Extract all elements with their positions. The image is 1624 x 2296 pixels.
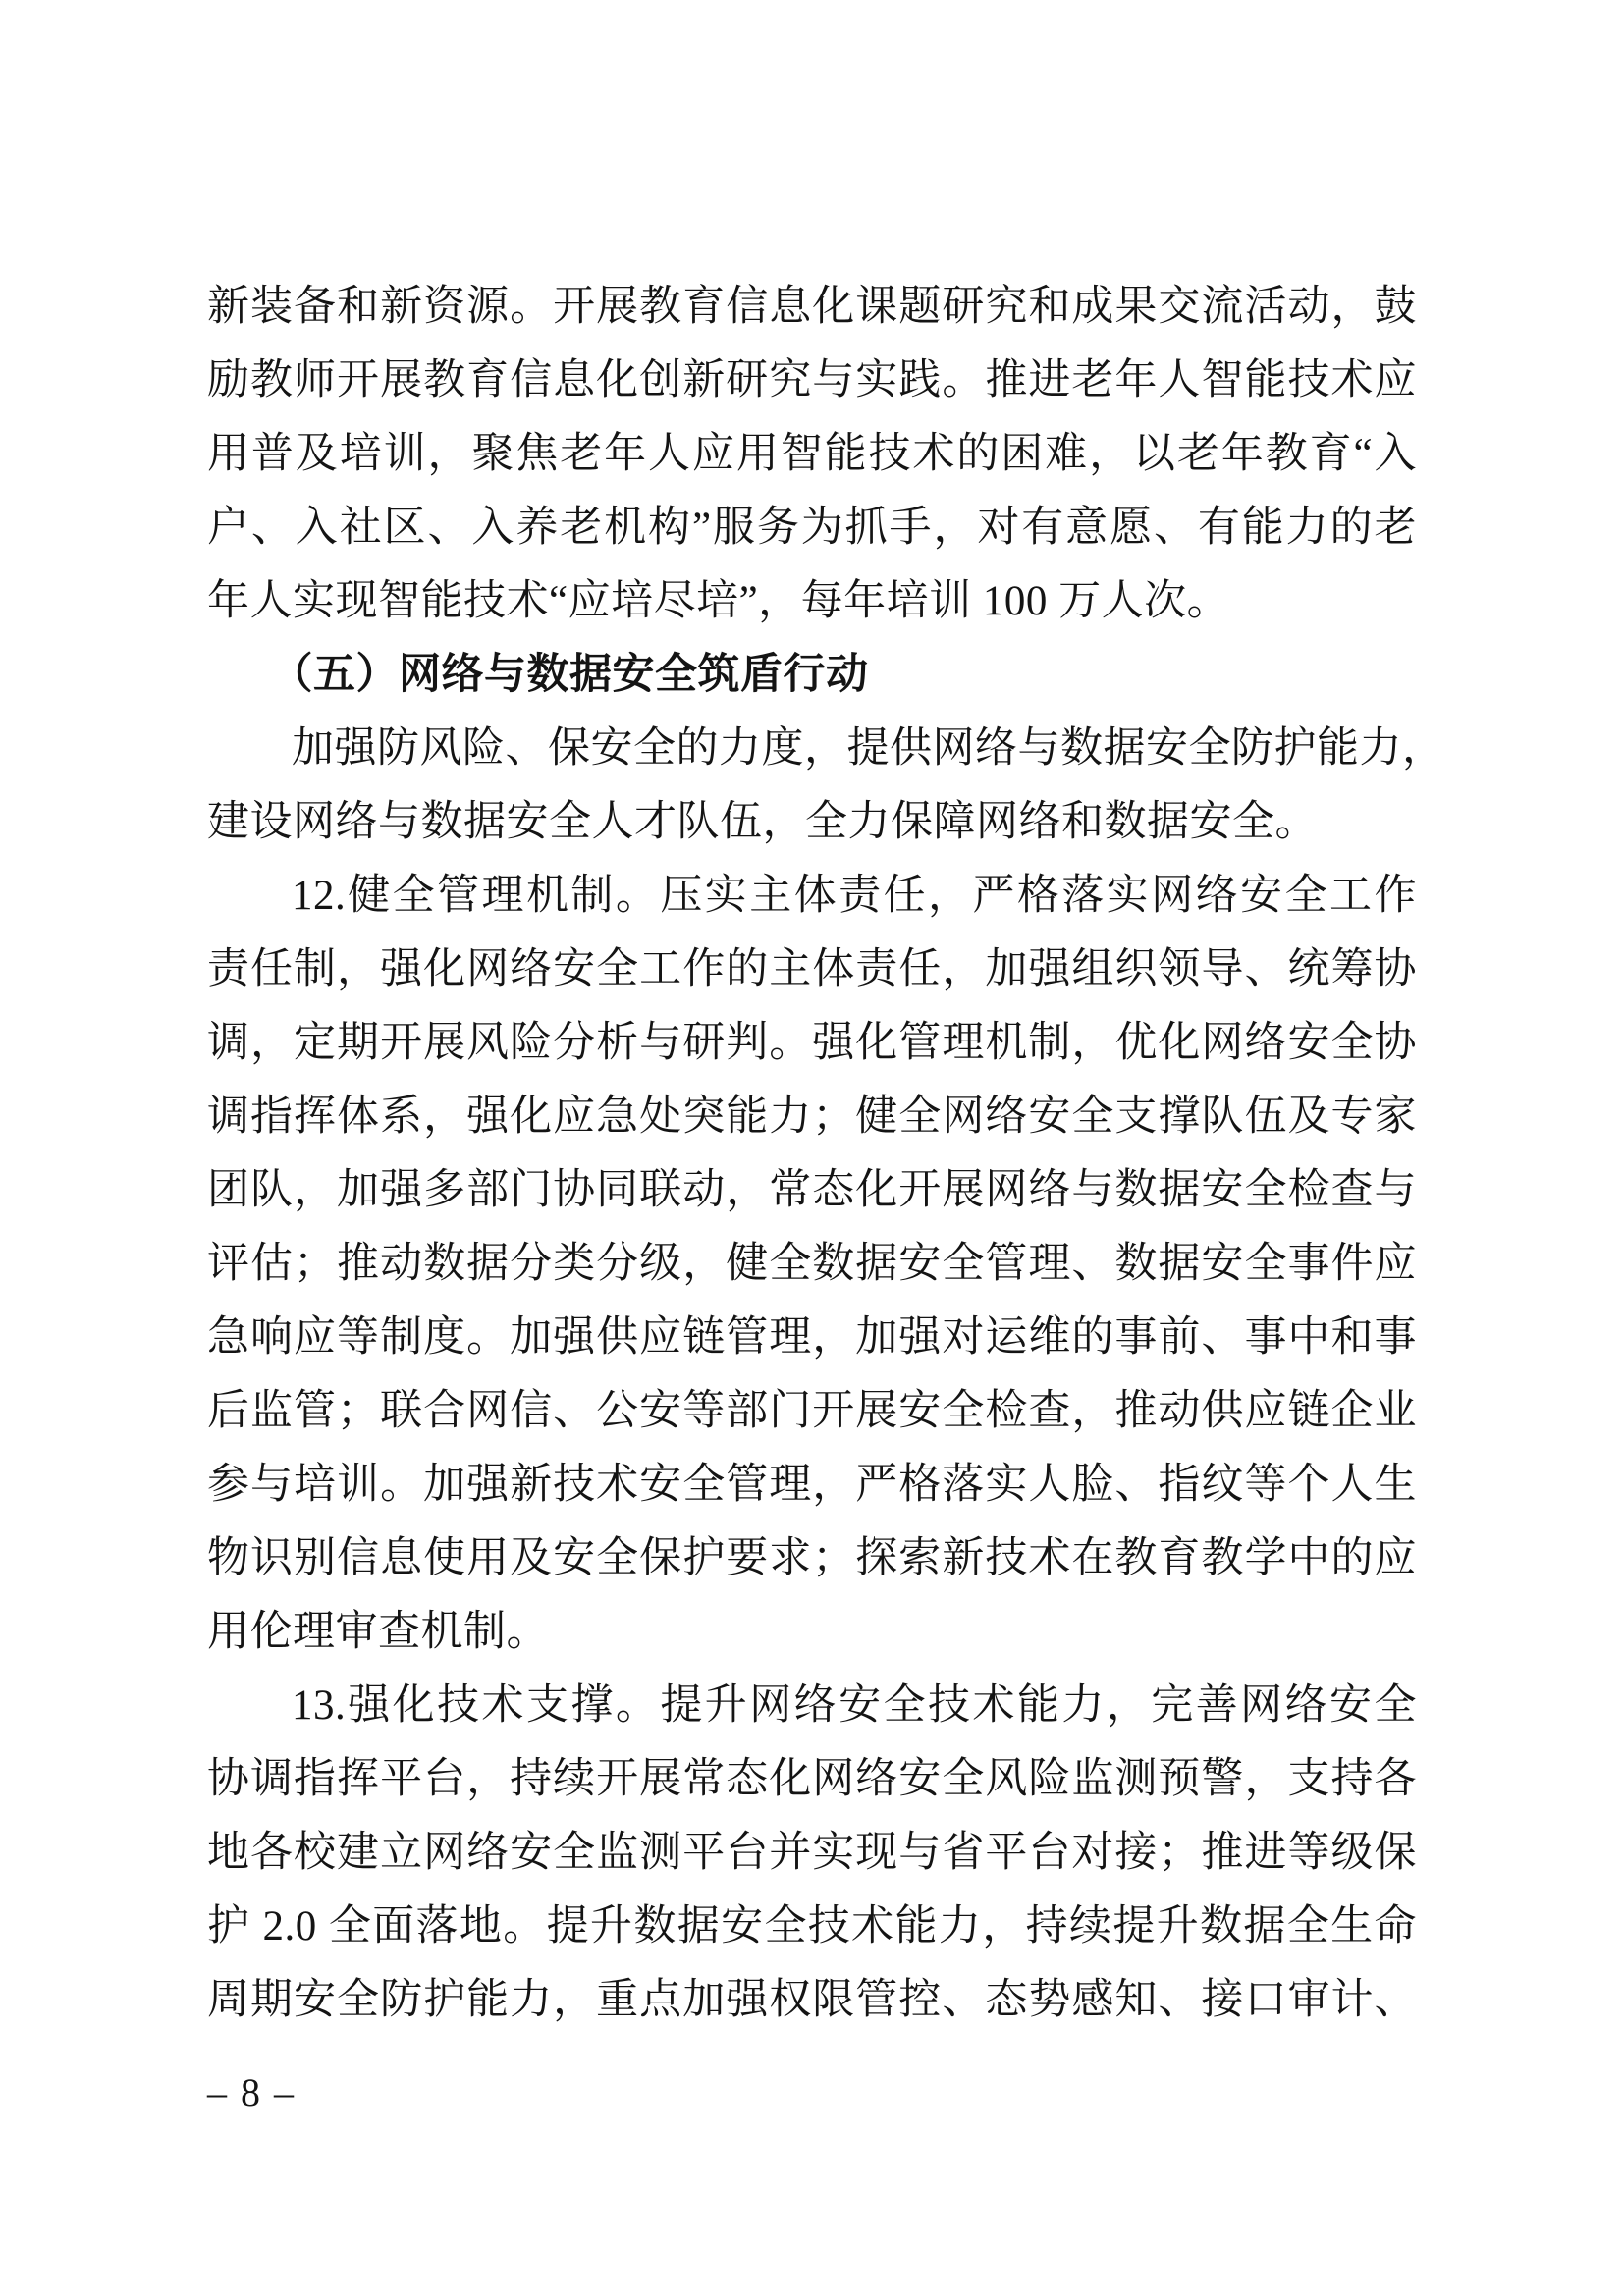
- text-line: 加强防风险、保安全的力度，提供网络与数据安全防护能力，: [207, 712, 1417, 785]
- text-line: 团队，加强多部门协同联动，常态化开展网络与数据安全检查与: [207, 1153, 1417, 1227]
- text-line: （五）网络与数据安全筑盾行动: [207, 638, 1417, 712]
- text-line: 户、入社区、入养老机构”服务为抓手，对有意愿、有能力的老: [207, 491, 1417, 564]
- text-line: 励教师开展教育信息化创新研究与实践。推进老年人智能技术应: [207, 344, 1417, 417]
- text-line: 建设网络与数据安全人才队伍，全力保障网络和数据安全。: [207, 785, 1417, 859]
- text-line: 评估；推动数据分类分级，健全数据安全管理、数据安全事件应: [207, 1227, 1417, 1301]
- text-line: 协调指挥平台，持续开展常态化网络安全风险监测预警，支持各: [207, 1742, 1417, 1816]
- text-line: 调指挥体系，强化应急处突能力；健全网络安全支撑队伍及专家: [207, 1080, 1417, 1153]
- document-page: 新装备和新资源。开展教育信息化课题研究和成果交流活动，鼓励教师开展教育信息化创新…: [0, 0, 1624, 2296]
- text-line: 用伦理审查机制。: [207, 1595, 1417, 1669]
- text-line: 周期安全防护能力，重点加强权限管控、态势感知、接口审计、: [207, 1963, 1417, 2037]
- text-line: 责任制，强化网络安全工作的主体责任，加强组织领导、统筹协: [207, 933, 1417, 1006]
- text-line: 后监管；联合网信、公安等部门开展安全检查，推动供应链企业: [207, 1374, 1417, 1448]
- text-line: 13.强化技术支撑。提升网络安全技术能力，完善网络安全: [207, 1669, 1417, 1742]
- page-number: – 8 –: [207, 2068, 296, 2117]
- text-line: 用普及培训，聚焦老年人应用智能技术的困难，以老年教育“入: [207, 417, 1417, 491]
- text-line: 年人实现智能技术“应培尽培”，每年培训 100 万人次。: [207, 564, 1417, 638]
- text-line: 物识别信息使用及安全保护要求；探索新技术在教育教学中的应: [207, 1522, 1417, 1595]
- text-line: 护 2.0 全面落地。提升数据安全技术能力，持续提升数据全生命: [207, 1890, 1417, 1963]
- document-body: 新装备和新资源。开展教育信息化课题研究和成果交流活动，鼓励教师开展教育信息化创新…: [207, 270, 1417, 2037]
- text-line: 新装备和新资源。开展教育信息化课题研究和成果交流活动，鼓: [207, 270, 1417, 344]
- text-line: 12.健全管理机制。压实主体责任，严格落实网络安全工作: [207, 859, 1417, 933]
- text-line: 急响应等制度。加强供应链管理，加强对运维的事前、事中和事: [207, 1301, 1417, 1374]
- text-line: 参与培训。加强新技术安全管理，严格落实人脸、指纹等个人生: [207, 1448, 1417, 1522]
- text-line: 地各校建立网络安全监测平台并实现与省平台对接；推进等级保: [207, 1816, 1417, 1890]
- text-line: 调，定期开展风险分析与研判。强化管理机制，优化网络安全协: [207, 1006, 1417, 1080]
